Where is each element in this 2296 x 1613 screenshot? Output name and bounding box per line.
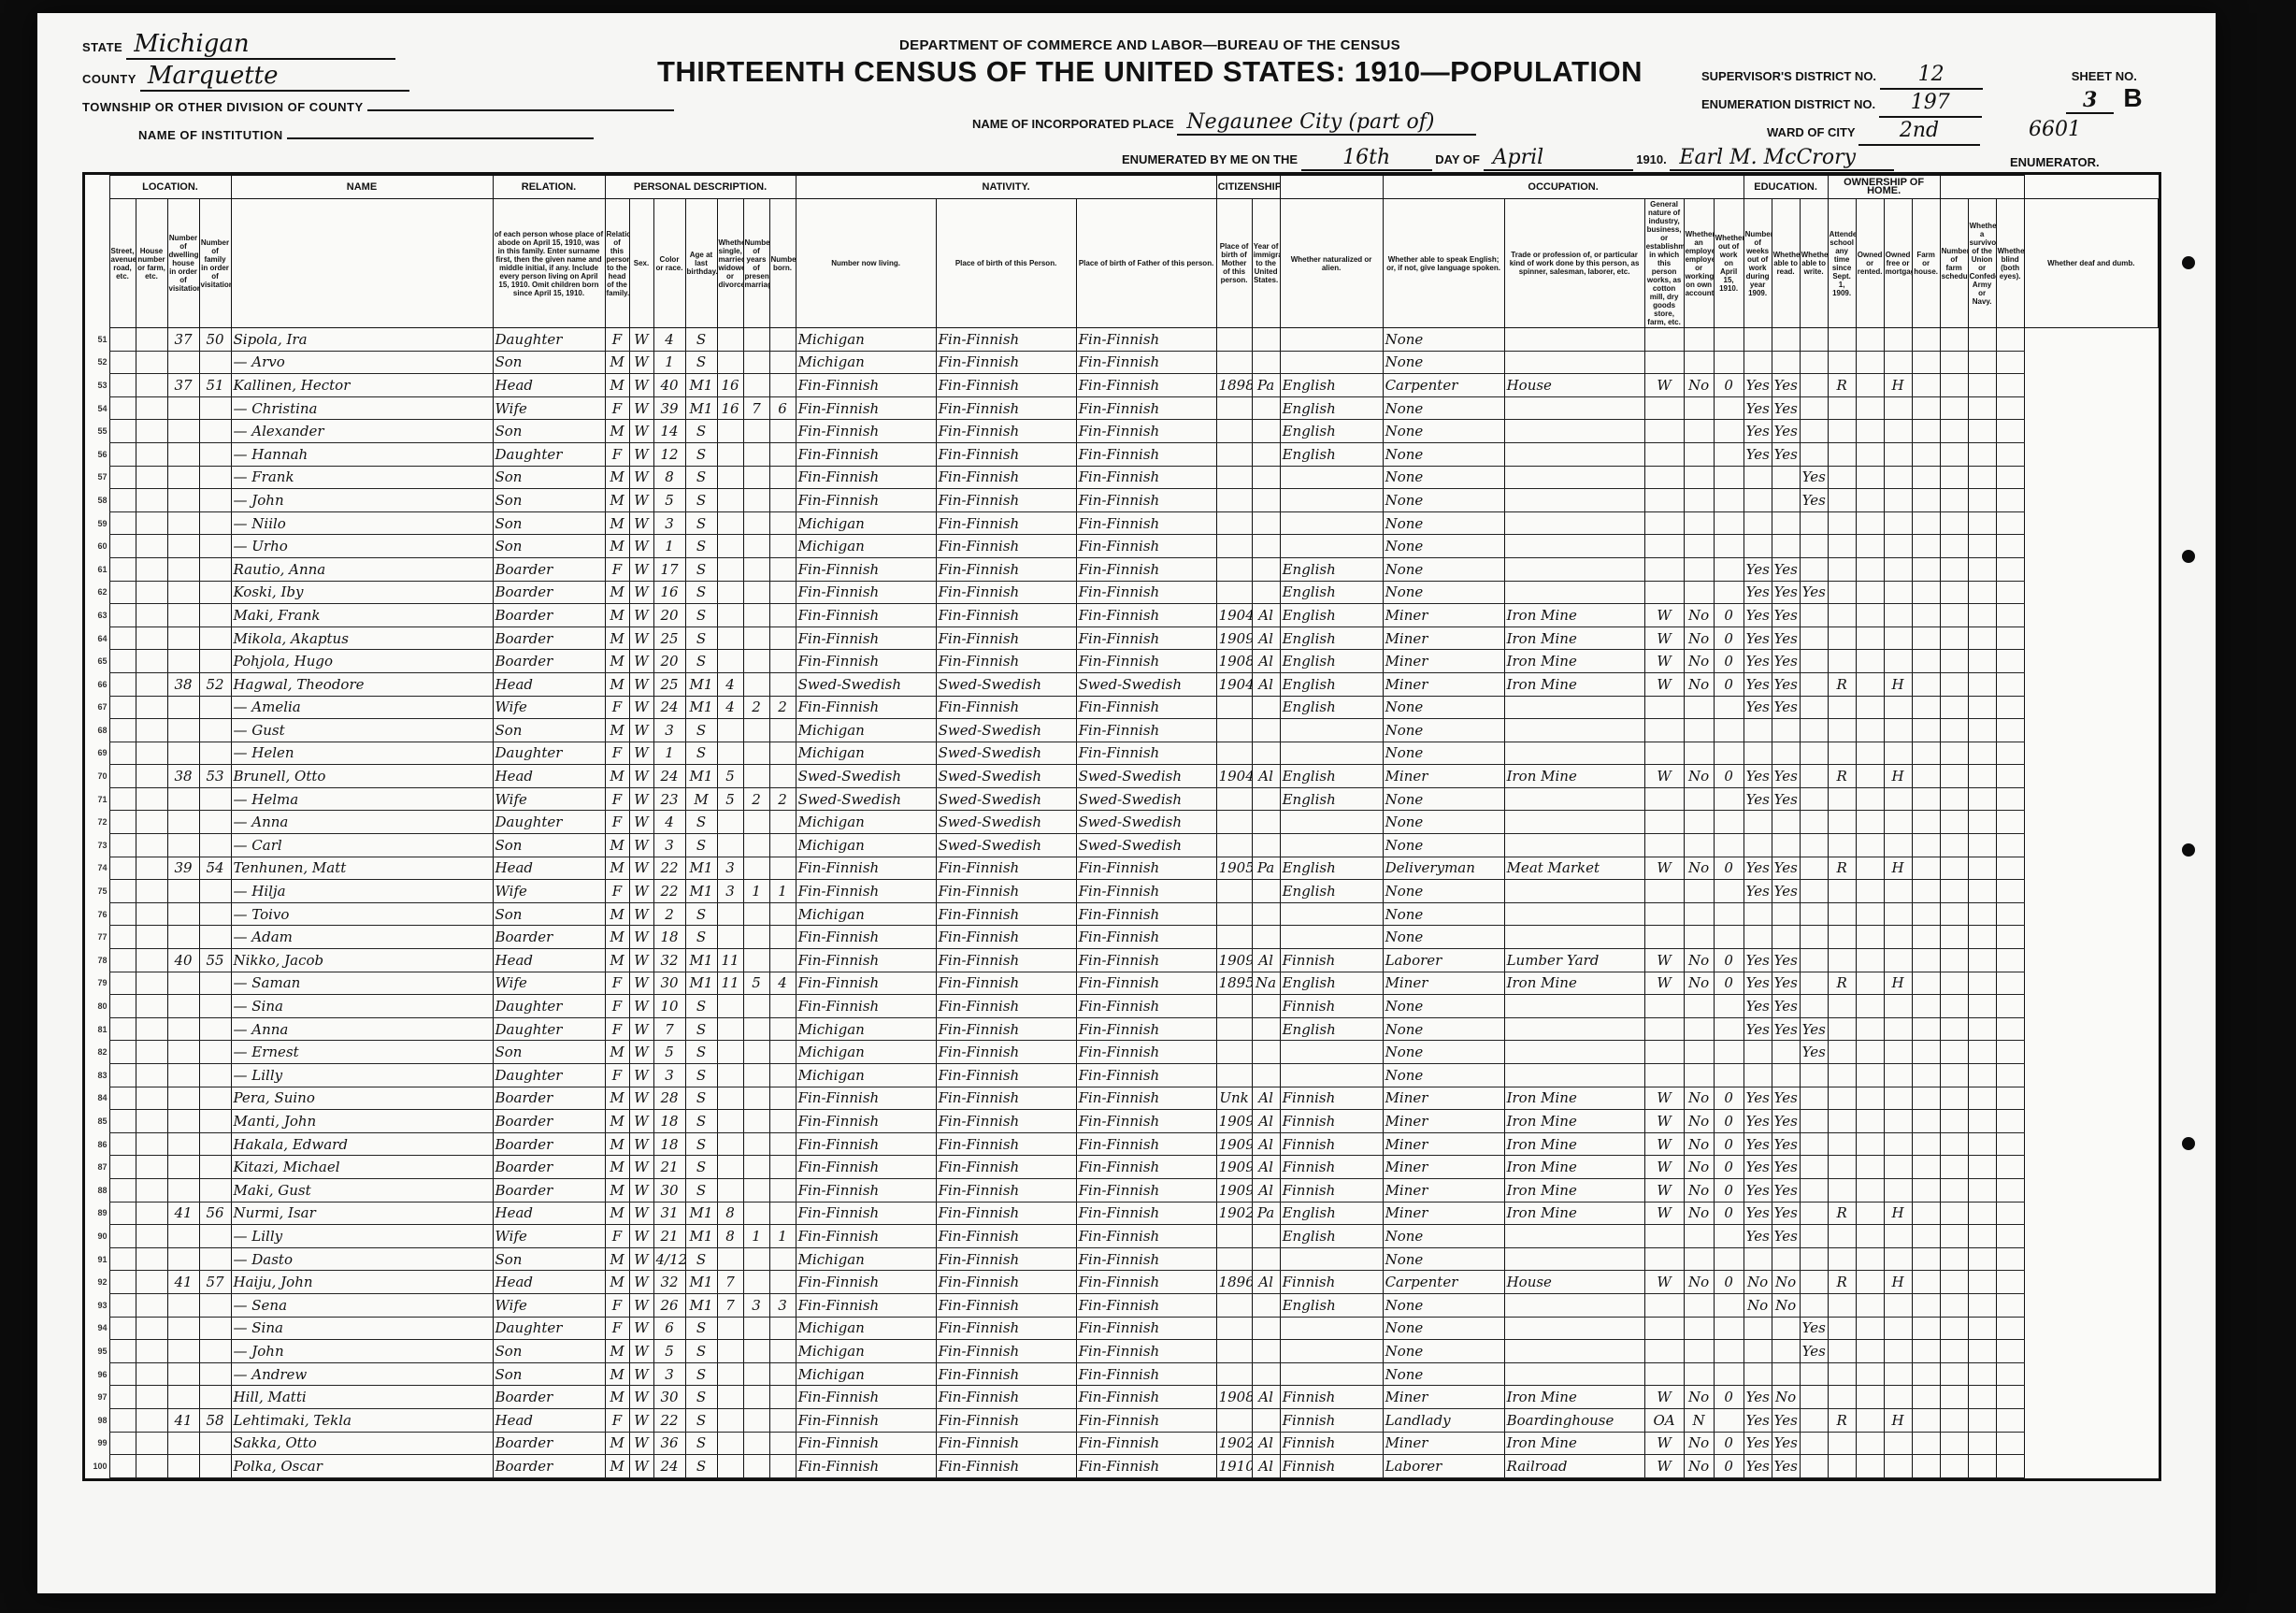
mother-birthplace-cell: Fin-Finnish	[1076, 650, 1216, 673]
marital-cell: M1	[685, 1293, 717, 1317]
deaf-dumb-cell	[1996, 1271, 2024, 1294]
mother-birthplace-cell: Fin-Finnish	[1076, 696, 1216, 719]
house-number-cell	[136, 535, 167, 558]
race-cell: W	[629, 374, 653, 397]
family-cell	[199, 787, 231, 811]
race-cell: W	[629, 351, 653, 374]
table-row: 99Sakka, OttoBoarderMW36SFin-FinnishFin-…	[85, 1432, 2159, 1455]
class-of-worker-cell: W	[1644, 1087, 1684, 1110]
immigration-year-cell: 1909	[1216, 1156, 1252, 1179]
language-cell: English	[1280, 557, 1383, 581]
school-cell	[1800, 1432, 1828, 1455]
relation-cell: Head	[493, 1202, 605, 1225]
farm-schedule-cell	[1912, 1178, 1940, 1202]
free-mortgaged-cell	[1856, 972, 1884, 995]
farm-house-cell	[1884, 466, 1912, 489]
mother-birthplace-cell: Fin-Finnish	[1076, 1132, 1216, 1156]
free-mortgaged-cell	[1856, 857, 1884, 880]
children-born-cell	[743, 1017, 769, 1041]
trade-cell: None	[1383, 719, 1504, 742]
owned-rented-cell	[1828, 1317, 1856, 1340]
veteran-cell	[1940, 1317, 1968, 1340]
race-cell: W	[629, 834, 653, 857]
language-cell: English	[1280, 374, 1383, 397]
years-married-cell: 5	[717, 787, 743, 811]
enumerator-name: Earl M. McCrory	[1670, 146, 1894, 171]
read-cell	[1744, 489, 1772, 512]
table-row: 90— LillyWifeFW21M1811Fin-FinnishFin-Fin…	[85, 1225, 2159, 1248]
street-cell	[109, 442, 136, 466]
col-children-born: Number born.	[769, 199, 796, 328]
weeks-out-cell: 0	[1714, 1110, 1744, 1133]
owned-rented-cell: R	[1828, 765, 1856, 788]
children-living-cell	[769, 926, 796, 949]
out-of-work-cell: No	[1684, 1087, 1714, 1110]
blind-cell	[1968, 374, 1996, 397]
free-mortgaged-cell	[1856, 1178, 1884, 1202]
read-cell: Yes	[1744, 787, 1772, 811]
street-cell	[109, 1362, 136, 1386]
out-of-work-cell	[1684, 1064, 1714, 1087]
children-living-cell	[769, 811, 796, 834]
family-cell	[199, 489, 231, 512]
birthplace-cell: Fin-Finnish	[796, 949, 936, 972]
language-cell	[1280, 489, 1383, 512]
language-cell	[1280, 1340, 1383, 1363]
name-cell: Hakala, Edward	[231, 1132, 493, 1156]
free-mortgaged-cell	[1856, 1041, 1884, 1064]
sex-cell: M	[605, 1455, 629, 1478]
write-cell: Yes	[1772, 1408, 1800, 1432]
name-cell: Nikko, Jacob	[231, 949, 493, 972]
relation-cell: Boarder	[493, 604, 605, 627]
age-cell: 40	[653, 374, 685, 397]
family-cell	[199, 1110, 231, 1133]
col-weeks-out: Number of weeks out of work during year …	[1744, 199, 1772, 328]
language-cell: English	[1280, 1225, 1383, 1248]
free-mortgaged-cell	[1856, 650, 1884, 673]
naturalized-cell: Al	[1252, 765, 1280, 788]
owned-rented-cell	[1828, 511, 1856, 535]
write-cell	[1772, 1247, 1800, 1271]
dwelling-cell	[167, 880, 199, 903]
years-married-cell: 3	[717, 857, 743, 880]
relation-cell: Son	[493, 420, 605, 443]
col-sex: Sex.	[629, 199, 653, 328]
house-number-cell	[136, 442, 167, 466]
family-cell	[199, 972, 231, 995]
owned-rented-cell	[1828, 1340, 1856, 1363]
free-mortgaged-cell	[1856, 1293, 1884, 1317]
street-cell	[109, 834, 136, 857]
father-birthplace-cell: Fin-Finnish	[936, 511, 1076, 535]
immigration-year-cell	[1216, 742, 1252, 765]
name-cell: Mikola, Akaptus	[231, 626, 493, 650]
dwelling-cell	[167, 811, 199, 834]
col-relation: Relationship of this person to the head …	[605, 199, 629, 328]
name-cell: Manti, John	[231, 1110, 493, 1133]
trade-cell: Miner	[1383, 1087, 1504, 1110]
group-occupation: OCCUPATION.	[1383, 176, 1744, 199]
house-number-cell	[136, 557, 167, 581]
father-birthplace-cell: Fin-Finnish	[936, 1317, 1076, 1340]
naturalized-cell: Al	[1252, 650, 1280, 673]
read-cell	[1744, 1317, 1772, 1340]
col-naturalized: Whether naturalized or alien.	[1280, 199, 1383, 328]
industry-cell	[1504, 1247, 1644, 1271]
race-cell: W	[629, 650, 653, 673]
dwelling-cell	[167, 926, 199, 949]
line-number: 74	[85, 857, 109, 880]
line-number: 73	[85, 834, 109, 857]
table-row: 703853Brunell, OttoHeadMW24M15Swed-Swedi…	[85, 765, 2159, 788]
naturalized-cell: Al	[1252, 1132, 1280, 1156]
family-cell	[199, 1362, 231, 1386]
family-cell	[199, 1087, 231, 1110]
farm-house-cell	[1884, 902, 1912, 926]
deaf-dumb-cell	[1996, 880, 2024, 903]
mother-birthplace-cell: Swed-Swedish	[1076, 811, 1216, 834]
children-living-cell	[769, 1340, 796, 1363]
out-of-work-cell	[1684, 351, 1714, 374]
marital-cell: M1	[685, 972, 717, 995]
industry-cell: Railroad	[1504, 1455, 1644, 1478]
family-cell	[199, 557, 231, 581]
line-number: 60	[85, 535, 109, 558]
immigration-year-cell	[1216, 1340, 1252, 1363]
naturalized-cell	[1252, 557, 1280, 581]
veteran-cell	[1940, 672, 1968, 696]
street-cell	[109, 1386, 136, 1409]
language-cell: English	[1280, 880, 1383, 903]
table-row: 58— JohnSonMW5SFin-FinnishFin-FinnishFin…	[85, 489, 2159, 512]
school-cell	[1800, 396, 1828, 420]
farm-schedule-cell	[1912, 926, 1940, 949]
veteran-cell	[1940, 719, 1968, 742]
out-of-work-cell: No	[1684, 1132, 1714, 1156]
children-living-cell	[769, 742, 796, 765]
naturalized-cell: Al	[1252, 1386, 1280, 1409]
owned-rented-cell	[1828, 1110, 1856, 1133]
family-cell	[199, 1132, 231, 1156]
naturalized-cell	[1252, 466, 1280, 489]
race-cell: W	[629, 1087, 653, 1110]
owned-rented-cell	[1828, 420, 1856, 443]
veteran-cell	[1940, 1087, 1968, 1110]
sheet-side: B	[2123, 83, 2142, 112]
father-birthplace-cell: Fin-Finnish	[936, 696, 1076, 719]
farm-house-cell	[1884, 995, 1912, 1018]
write-cell	[1772, 1317, 1800, 1340]
street-cell	[109, 489, 136, 512]
marital-cell: S	[685, 1041, 717, 1064]
line-number: 85	[85, 1110, 109, 1133]
children-born-cell: 5	[743, 972, 769, 995]
trade-cell: Miner	[1383, 1178, 1504, 1202]
industry-cell	[1504, 466, 1644, 489]
read-cell: Yes	[1744, 857, 1772, 880]
dwelling-cell	[167, 650, 199, 673]
read-cell: Yes	[1744, 949, 1772, 972]
immigration-year-cell	[1216, 880, 1252, 903]
veteran-cell	[1940, 765, 1968, 788]
sex-cell: M	[605, 1202, 629, 1225]
children-born-cell	[743, 1317, 769, 1340]
immigration-year-cell: 1902	[1216, 1432, 1252, 1455]
relation-cell: Daughter	[493, 328, 605, 352]
marital-cell: S	[685, 604, 717, 627]
veteran-cell	[1940, 489, 1968, 512]
father-birthplace-cell: Fin-Finnish	[936, 902, 1076, 926]
sheet-number-value: 3	[2066, 88, 2114, 114]
dwelling-cell	[167, 787, 199, 811]
free-mortgaged-cell	[1856, 765, 1884, 788]
father-birthplace-cell: Swed-Swedish	[936, 742, 1076, 765]
marital-cell: M1	[685, 1225, 717, 1248]
line-number: 95	[85, 1340, 109, 1363]
farm-house-cell	[1884, 604, 1912, 627]
age-cell: 22	[653, 1408, 685, 1432]
industry-cell	[1504, 719, 1644, 742]
mother-birthplace-cell: Fin-Finnish	[1076, 1271, 1216, 1294]
marital-cell: S	[685, 511, 717, 535]
age-cell: 1	[653, 535, 685, 558]
race-cell: W	[629, 949, 653, 972]
father-birthplace-cell: Fin-Finnish	[936, 420, 1076, 443]
write-cell: Yes	[1772, 972, 1800, 995]
line-number: 94	[85, 1317, 109, 1340]
table-row: 91— DastoSonMW4/12SMichiganFin-FinnishFi…	[85, 1247, 2159, 1271]
name-cell: — Anna	[231, 811, 493, 834]
weeks-out-cell	[1714, 466, 1744, 489]
group-education: EDUCATION.	[1744, 176, 1828, 199]
industry-cell	[1504, 1317, 1644, 1340]
read-cell: Yes	[1744, 672, 1772, 696]
father-birthplace-cell: Fin-Finnish	[936, 880, 1076, 903]
sex-cell: M	[605, 1432, 629, 1455]
owned-rented-cell	[1828, 1087, 1856, 1110]
naturalized-cell	[1252, 1064, 1280, 1087]
family-cell	[199, 811, 231, 834]
street-cell	[109, 811, 136, 834]
line-number: 62	[85, 581, 109, 604]
trade-cell: None	[1383, 442, 1504, 466]
language-cell: English	[1280, 626, 1383, 650]
farm-house-cell	[1884, 1132, 1912, 1156]
weeks-out-cell	[1714, 1408, 1744, 1432]
dwelling-cell	[167, 742, 199, 765]
table-row: 77— AdamBoarderMW18SFin-FinnishFin-Finni…	[85, 926, 2159, 949]
owned-rented-cell	[1828, 489, 1856, 512]
write-cell: Yes	[1772, 1455, 1800, 1478]
years-married-cell	[717, 902, 743, 926]
out-of-work-cell	[1684, 1317, 1714, 1340]
dwelling-cell	[167, 696, 199, 719]
farm-house-cell: H	[1884, 765, 1912, 788]
dwelling-cell	[167, 1293, 199, 1317]
line-number: 58	[85, 489, 109, 512]
table-row: 61Rautio, AnnaBoarderFW17SFin-FinnishFin…	[85, 557, 2159, 581]
table-row: 59— NiiloSonMW3SMichiganFin-FinnishFin-F…	[85, 511, 2159, 535]
language-cell	[1280, 328, 1383, 352]
deaf-dumb-cell	[1996, 926, 2024, 949]
age-cell: 16	[653, 581, 685, 604]
out-of-work-cell: No	[1684, 949, 1714, 972]
sex-cell: M	[605, 1041, 629, 1064]
col-farm-house: Farm or house.	[1912, 199, 1940, 328]
owned-rented-cell: R	[1828, 1271, 1856, 1294]
relation-cell: Son	[493, 719, 605, 742]
farm-schedule-cell	[1912, 396, 1940, 420]
veteran-cell	[1940, 511, 1968, 535]
relation-cell: Head	[493, 857, 605, 880]
dwelling-cell	[167, 581, 199, 604]
out-of-work-cell	[1684, 834, 1714, 857]
family-cell	[199, 604, 231, 627]
relation-cell: Daughter	[493, 995, 605, 1018]
mother-birthplace-cell: Fin-Finnish	[1076, 442, 1216, 466]
birthplace-cell: Fin-Finnish	[796, 1225, 936, 1248]
dwelling-cell	[167, 1225, 199, 1248]
mother-birthplace-cell: Fin-Finnish	[1076, 1110, 1216, 1133]
years-married-cell	[717, 1317, 743, 1340]
farm-schedule-cell	[1912, 1156, 1940, 1179]
age-cell: 24	[653, 696, 685, 719]
language-cell: English	[1280, 857, 1383, 880]
free-mortgaged-cell	[1856, 626, 1884, 650]
trade-cell: Miner	[1383, 1156, 1504, 1179]
write-cell	[1772, 466, 1800, 489]
language-cell: Finnish	[1280, 1455, 1383, 1478]
language-cell: Finnish	[1280, 1271, 1383, 1294]
father-birthplace-cell: Fin-Finnish	[936, 1017, 1076, 1041]
weeks-out-cell	[1714, 880, 1744, 903]
deaf-dumb-cell	[1996, 511, 2024, 535]
col-house-no: House number or farm, etc.	[136, 199, 167, 328]
trade-cell: None	[1383, 995, 1504, 1018]
marital-cell: M1	[685, 396, 717, 420]
years-married-cell	[717, 926, 743, 949]
language-cell: English	[1280, 1202, 1383, 1225]
age-cell: 20	[653, 650, 685, 673]
census-sheet: STATE Michigan COUNTY Marquette TOWNSHIP…	[37, 13, 2216, 1593]
mother-birthplace-cell: Fin-Finnish	[1076, 604, 1216, 627]
children-living-cell	[769, 949, 796, 972]
marital-cell: S	[685, 1408, 717, 1432]
out-of-work-cell	[1684, 489, 1714, 512]
farm-house-cell	[1884, 1087, 1912, 1110]
sex-cell: F	[605, 696, 629, 719]
years-married-cell	[717, 719, 743, 742]
name-cell: — Lilly	[231, 1064, 493, 1087]
naturalized-cell	[1252, 742, 1280, 765]
deaf-dumb-cell	[1996, 650, 2024, 673]
street-cell	[109, 719, 136, 742]
read-cell: Yes	[1744, 1408, 1772, 1432]
years-married-cell	[717, 1041, 743, 1064]
table-row: 87Kitazi, MichaelBoarderMW21SFin-Finnish…	[85, 1156, 2159, 1179]
children-living-cell	[769, 834, 796, 857]
class-of-worker-cell: W	[1644, 1132, 1684, 1156]
birthplace-cell: Fin-Finnish	[796, 396, 936, 420]
line-number: 93	[85, 1293, 109, 1317]
farm-house-cell	[1884, 1317, 1912, 1340]
school-cell	[1800, 902, 1828, 926]
deaf-dumb-cell	[1996, 1064, 2024, 1087]
table-row: 784055Nikko, JacobHeadMW32M111Fin-Finnis…	[85, 949, 2159, 972]
name-cell: — Dasto	[231, 1247, 493, 1271]
read-cell	[1744, 1064, 1772, 1087]
farm-house-cell: H	[1884, 972, 1912, 995]
age-cell: 24	[653, 765, 685, 788]
class-of-worker-cell	[1644, 696, 1684, 719]
relation-cell: Son	[493, 351, 605, 374]
industry-cell: Meat Market	[1504, 857, 1644, 880]
blind-cell	[1968, 902, 1996, 926]
veteran-cell	[1940, 442, 1968, 466]
binder-hole	[2182, 256, 2195, 269]
trade-cell: None	[1383, 535, 1504, 558]
table-row: 64Mikola, AkaptusBoarderMW25SFin-Finnish…	[85, 626, 2159, 650]
industry-cell	[1504, 489, 1644, 512]
trade-cell: None	[1383, 396, 1504, 420]
birthplace-cell: Fin-Finnish	[796, 374, 936, 397]
race-cell: W	[629, 926, 653, 949]
birthplace-cell: Michigan	[796, 902, 936, 926]
owned-rented-cell	[1828, 995, 1856, 1018]
street-cell	[109, 1271, 136, 1294]
marital-cell: S	[685, 926, 717, 949]
years-married-cell: 8	[717, 1225, 743, 1248]
race-cell: W	[629, 1432, 653, 1455]
mother-birthplace-cell: Fin-Finnish	[1076, 1362, 1216, 1386]
children-born-cell	[743, 1132, 769, 1156]
birthplace-cell: Fin-Finnish	[796, 995, 936, 1018]
school-cell	[1800, 328, 1828, 352]
name-cell: — Frank	[231, 466, 493, 489]
school-cell	[1800, 949, 1828, 972]
street-cell	[109, 557, 136, 581]
house-number-cell	[136, 328, 167, 352]
industry-cell	[1504, 557, 1644, 581]
relation-cell: Son	[493, 834, 605, 857]
deaf-dumb-cell	[1996, 719, 2024, 742]
weeks-out-cell: 0	[1714, 1271, 1744, 1294]
race-cell: W	[629, 535, 653, 558]
immigration-year-cell	[1216, 511, 1252, 535]
street-cell	[109, 902, 136, 926]
father-birthplace-cell: Fin-Finnish	[936, 1362, 1076, 1386]
weeks-out-cell	[1714, 811, 1744, 834]
farm-schedule-cell	[1912, 1202, 1940, 1225]
trade-cell: Miner	[1383, 765, 1504, 788]
naturalized-cell: Al	[1252, 1432, 1280, 1455]
deaf-dumb-cell	[1996, 535, 2024, 558]
out-of-work-cell	[1684, 420, 1714, 443]
weeks-out-cell: 0	[1714, 972, 1744, 995]
out-of-work-cell	[1684, 926, 1714, 949]
birthplace-cell: Michigan	[796, 719, 936, 742]
age-cell: 6	[653, 1317, 685, 1340]
school-cell	[1800, 1202, 1828, 1225]
census-table: LOCATION. NAME RELATION. PERSONAL DESCRI…	[82, 172, 2161, 1481]
house-number-cell	[136, 489, 167, 512]
name-cell: — Saman	[231, 972, 493, 995]
table-row: 94— SinaDaughterFW6SMichiganFin-FinnishF…	[85, 1317, 2159, 1340]
dwelling-cell: 40	[167, 949, 199, 972]
write-cell: Yes	[1772, 949, 1800, 972]
blind-cell	[1968, 489, 1996, 512]
